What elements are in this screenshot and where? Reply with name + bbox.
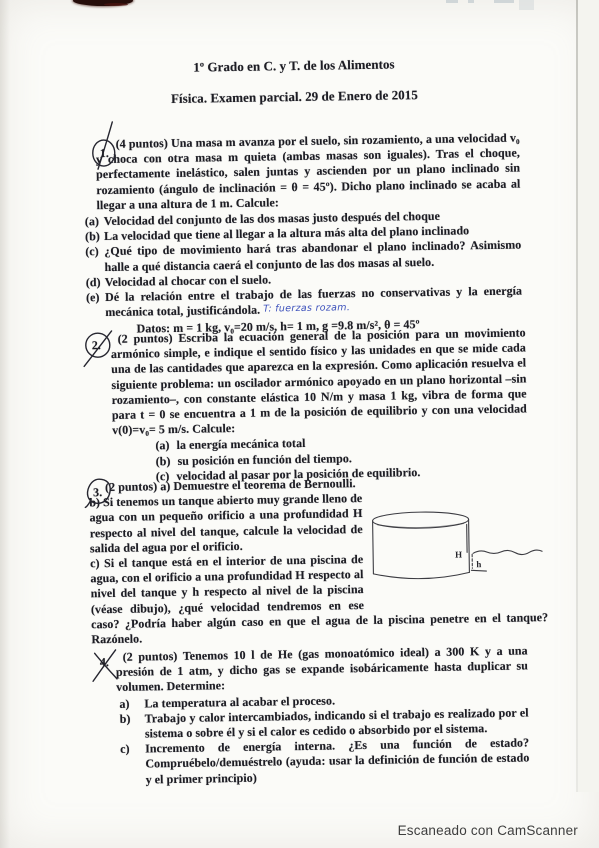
problem-1: 1. (4 puntos) Una masa m avanza por el s… xyxy=(96,131,523,338)
problem-2-statement: (2 puntos) Escriba la ecuación general d… xyxy=(111,325,528,438)
figure-label-h: h xyxy=(476,559,481,569)
exam-degree-title: 1º Grado en C. y T. de los Alimentos xyxy=(0,53,594,78)
problem-3: H h 3. (2 puntos) a) Demuestre el teorem… xyxy=(89,473,549,647)
problem-3-number: 3. xyxy=(85,477,113,507)
problem-4-statement: (2 puntos) Tenemos 10 l de He (gas monoa… xyxy=(116,643,529,695)
problem-1-statement: (4 puntos) Una masa m avanza por el suel… xyxy=(96,131,521,214)
exam-subtitle: Física. Examen parcial. 29 de Enero de 2… xyxy=(0,84,594,109)
problem-1-items: (a) Velocidad del conjunto de las dos ma… xyxy=(85,208,523,322)
problem-4: 4. (2 puntos) Tenemos 10 l de He (gas mo… xyxy=(116,643,530,787)
tank-in-pool-figure-icon: H h xyxy=(370,507,547,602)
handwritten-blue-note: T: fuerzas rozam. xyxy=(263,302,350,314)
list-item: c) Incremento de energía interna. ¿Es un… xyxy=(117,736,530,788)
figure-label-H: H xyxy=(455,549,462,559)
exam-sheet: 1º Grado en C. y T. de los Alimentos Fís… xyxy=(0,0,599,848)
problem-4-number: 4. xyxy=(92,649,120,679)
problem-1-number: 1. xyxy=(90,138,118,168)
tank-diagram: H h xyxy=(370,507,547,602)
problem-2-number: 2. xyxy=(83,329,111,359)
problem-2: 2. (2 puntos) Escriba la ecuación genera… xyxy=(111,325,528,485)
problem-4-items: a) La temperatura al acabar el proceso. … xyxy=(116,690,529,788)
camscanner-watermark: Escaneado con CamScanner xyxy=(0,823,578,838)
scanned-exam-page: { "header": { "degree": "1º Grado en C. … xyxy=(0,0,599,848)
